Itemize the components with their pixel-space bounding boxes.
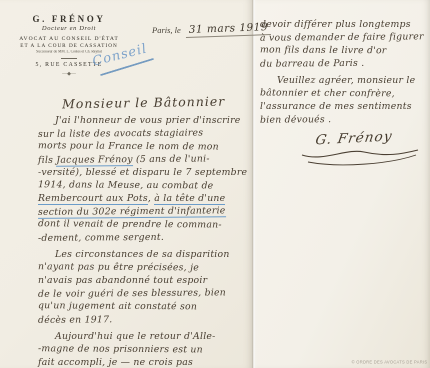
salutation: Monsieur le Bâtonnier bbox=[62, 94, 225, 112]
handwritten-text: Veuillez agréer, monsieur le bbox=[277, 75, 415, 86]
letterhead-line2: ET A LA COUR DE CASSATION bbox=[12, 43, 126, 49]
handwritten-line: J'ai l'honneur de vous prier d'inscrire bbox=[38, 114, 252, 127]
letterhead: G. FRÉNOY Docteur en Droit AVOCAT AU CON… bbox=[12, 14, 126, 77]
signature-block: G. Frénoy bbox=[298, 130, 426, 172]
signature-flourish bbox=[298, 143, 422, 169]
handwritten-text: (5 ans de l'uni- bbox=[133, 153, 210, 165]
handwritten-line: Les circonstances de sa disparition bbox=[38, 248, 252, 261]
handwritten-text: fait accompli, je — ne crois pas bbox=[38, 357, 193, 368]
handwritten-text: décès en 1917. bbox=[38, 314, 113, 326]
handwritten-text: -versité), blessé et disparu le 7 septem… bbox=[38, 167, 247, 178]
letterhead-divider bbox=[61, 58, 77, 59]
blue-underlined-text: Jacques Frénoy bbox=[56, 154, 132, 167]
blue-underlined-text: à la tête d'une bbox=[154, 193, 225, 205]
handwritten-line: n'ayant pas pu être précisées, je bbox=[38, 260, 252, 274]
handwritten-text: Aujourd'hui que le retour d'Alle- bbox=[55, 331, 216, 342]
handwritten-text: n'ayant pas pu être précisées, je bbox=[38, 261, 199, 273]
handwritten-text: qu'un jugement ait constaté son bbox=[38, 300, 197, 312]
handwritten-line: -magne de nos prisonniers est un bbox=[38, 342, 252, 356]
handwritten-line: du barreau de Paris . bbox=[260, 56, 428, 70]
handwritten-line: -dement, comme sergent. bbox=[38, 230, 252, 245]
handwritten-text: de le voir guéri de ses blessures, bien bbox=[38, 287, 226, 300]
handwritten-text: 1914, dans la Meuse, au combat de bbox=[38, 179, 214, 191]
date-handwritten: 31 mars 1919 bbox=[185, 21, 271, 38]
handwritten-line: mon fils dans le livre d'or bbox=[260, 43, 428, 57]
handwritten-line: l'assurance de mes sentiments bbox=[260, 100, 428, 113]
letterhead-title: Docteur en Droit bbox=[12, 25, 126, 32]
handwritten-text: n'avais pas abandonné tout espoir bbox=[38, 275, 207, 286]
handwritten-line: 1914, dans la Meuse, au combat de bbox=[38, 178, 252, 192]
handwritten-text: bien dévoués . bbox=[260, 114, 331, 126]
handwritten-line: bien dévoués . bbox=[260, 112, 428, 126]
date-line: Paris, le 31 mars 1919 bbox=[152, 18, 277, 38]
handwritten-text: devoir différer plus longtemps bbox=[260, 19, 411, 30]
handwritten-line: bâtonnier et cher confrère, bbox=[260, 86, 428, 100]
handwritten-text: -magne de nos prisonniers est un bbox=[38, 343, 203, 355]
handwritten-text: morts pour la France le nom de mon bbox=[38, 140, 219, 152]
handwritten-line: fait accompli, je — ne crois pas bbox=[38, 356, 252, 368]
body-right: devoir différer plus longtempsà vous dem… bbox=[260, 18, 428, 126]
handwritten-line: n'avais pas abandonné tout espoir bbox=[38, 274, 252, 287]
handwritten-text: sur la liste des avocats stagiaires bbox=[38, 127, 203, 139]
handwritten-text: du barreau de Paris . bbox=[260, 58, 364, 70]
letter-photo: G. FRÉNOY Docteur en Droit AVOCAT AU CON… bbox=[0, 0, 430, 368]
handwritten-line: fils Jacques Frénoy (5 ans de l'uni- bbox=[38, 152, 252, 167]
handwritten-line: Veuillez agréer, monsieur le bbox=[260, 74, 428, 87]
handwritten-text: à vous demander de faire figurer bbox=[260, 31, 424, 43]
handwritten-text: mon fils dans le livre d'or bbox=[260, 44, 387, 56]
handwritten-line: Rembercourt aux Pots, à la tête d'une bbox=[38, 192, 252, 205]
handwritten-text: J'ai l'honneur de vous prier d'inscrire bbox=[55, 115, 241, 126]
handwritten-text: -dement, comme sergent. bbox=[38, 232, 164, 244]
handwritten-text: fils bbox=[38, 155, 56, 166]
blue-underlined-text: Rembercourt aux Pots bbox=[38, 193, 148, 205]
handwritten-line: à vous demander de faire figurer bbox=[260, 30, 428, 44]
handwritten-text: bâtonnier et cher confrère, bbox=[260, 87, 395, 99]
body-left: J'ai l'honneur de vous prier d'inscrires… bbox=[38, 114, 252, 368]
handwritten-line: Aujourd'hui que le retour d'Alle- bbox=[38, 330, 252, 343]
handwritten-line: décès en 1917. bbox=[38, 312, 252, 327]
handwritten-text: Les circonstances de sa disparition bbox=[55, 249, 230, 260]
letterhead-name: G. FRÉNOY bbox=[12, 14, 126, 24]
handwritten-text: l'assurance de mes sentiments bbox=[260, 101, 412, 112]
photo-credit: © ORDRE DES AVOCATS DE PARIS bbox=[351, 361, 427, 365]
letterhead-line1: AVOCAT AU CONSEIL D'ÉTAT bbox=[12, 36, 126, 42]
handwritten-line: devoir différer plus longtemps bbox=[260, 18, 428, 31]
handwritten-text: dont il venait de prendre le comman- bbox=[38, 218, 222, 230]
page-fold bbox=[252, 0, 255, 368]
handwritten-line: -versité), blessé et disparu le 7 septem… bbox=[38, 166, 252, 179]
date-printed-prefix: Paris, le bbox=[152, 25, 181, 35]
